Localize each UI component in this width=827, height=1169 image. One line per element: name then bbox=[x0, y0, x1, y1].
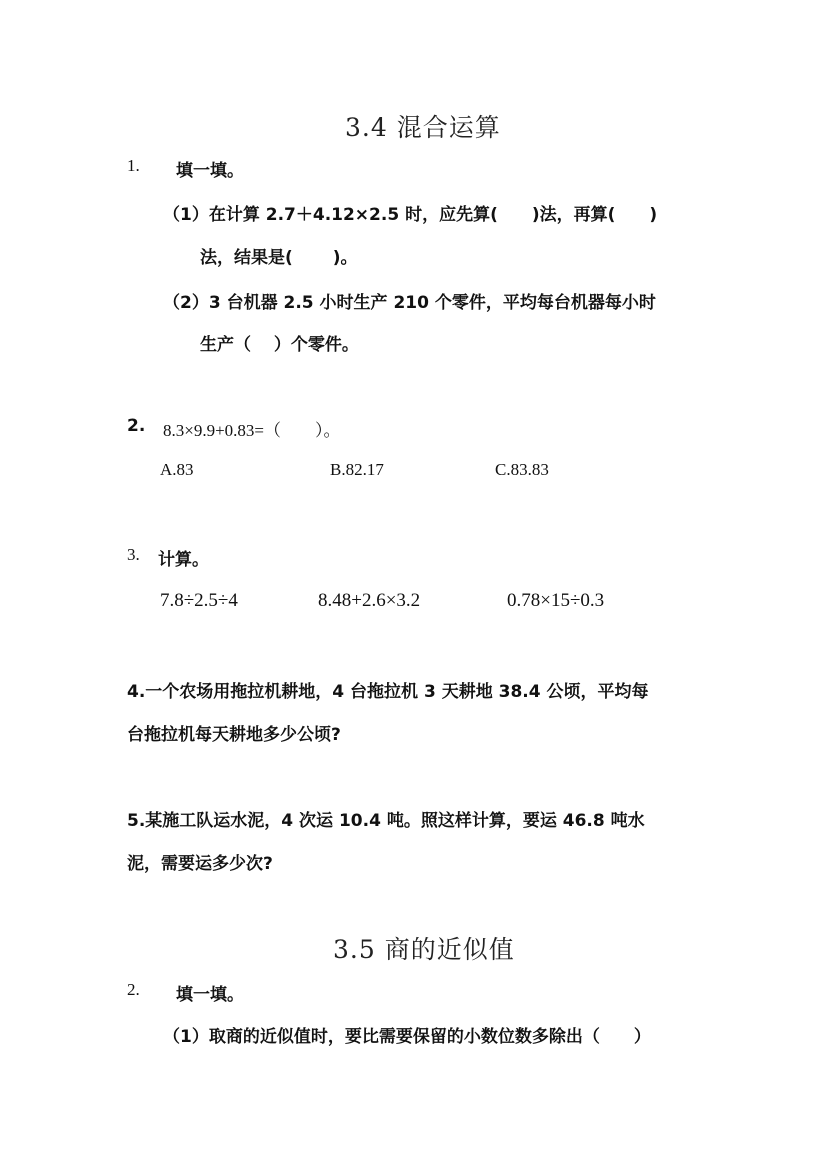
question-prompt: 填一填。 bbox=[176, 980, 244, 1005]
question-part-line: 生产（ ）个零件。 bbox=[200, 330, 359, 355]
question-number: 5. bbox=[127, 811, 145, 831]
question-part-line: 法，结果是( )。 bbox=[200, 243, 357, 268]
expression: 7.8÷2.5÷4 bbox=[160, 590, 238, 612]
question-text: 某施工队运水泥，4 次运 10.4 吨。照这样计算，要运 46.8 吨水 bbox=[145, 811, 644, 831]
question-number: 3. bbox=[127, 545, 140, 565]
expression: 8.48+2.6×3.2 bbox=[318, 590, 420, 612]
option-c: C.83.83 bbox=[495, 460, 549, 480]
option-b: B.82.17 bbox=[330, 460, 384, 480]
question-number: 4. bbox=[127, 682, 145, 702]
question-number: 2. bbox=[127, 980, 140, 1000]
question-line: 泥，需要运多少次? bbox=[127, 849, 273, 874]
section-title: 3.4 混合运算 bbox=[345, 108, 501, 144]
question-part-line: （2）3 台机器 2.5 小时生产 210 个零件，平均每台机器每小时 bbox=[163, 288, 656, 313]
expression: 0.78×15÷0.3 bbox=[507, 590, 604, 612]
question-line: 4.一个农场用拖拉机耕地，4 台拖拉机 3 天耕地 38.4 公顷，平均每 bbox=[127, 677, 649, 702]
question-number: 1. bbox=[127, 156, 140, 176]
question-part-line: （1）取商的近似值时，要比需要保留的小数位数多除出（ ） bbox=[163, 1022, 651, 1047]
section-title: 3.5 商的近似值 bbox=[333, 930, 515, 966]
question-prompt: 8.3×9.9+0.83=（ ）。 bbox=[163, 416, 341, 441]
question-text: 一个农场用拖拉机耕地，4 台拖拉机 3 天耕地 38.4 公顷，平均每 bbox=[145, 682, 648, 702]
question-number: 2. bbox=[127, 416, 145, 436]
question-prompt: 计算。 bbox=[158, 545, 209, 570]
option-a: A.83 bbox=[160, 460, 194, 480]
question-prompt: 填一填。 bbox=[176, 156, 244, 181]
question-line: 台拖拉机每天耕地多少公顷? bbox=[127, 720, 341, 745]
question-part-line: （1）在计算 2.7＋4.12×2.5 时，应先算( )法，再算( ) bbox=[163, 200, 657, 225]
question-line: 5.某施工队运水泥，4 次运 10.4 吨。照这样计算，要运 46.8 吨水 bbox=[127, 806, 645, 831]
